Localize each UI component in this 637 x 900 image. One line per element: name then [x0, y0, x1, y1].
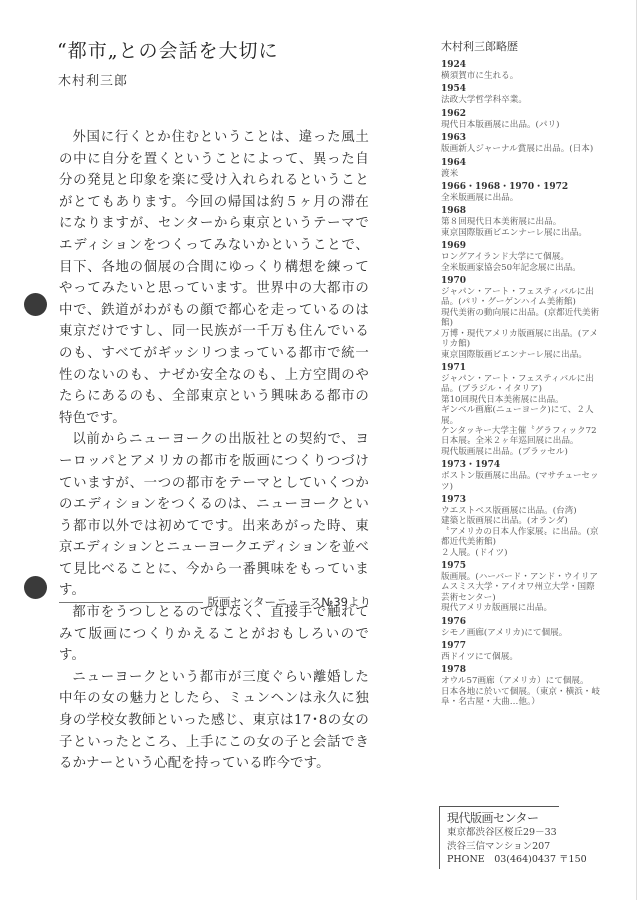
- biography-entry: 1969ロングアイランド大学にて個展。 全米版画家協会50年記念展に出品。: [441, 241, 601, 273]
- biography-text: 第８回現代日本美術展に出品。 東京国際版画ビエンナーレ展に出品。: [441, 217, 601, 238]
- biography-entry: 1963版画新人ジャーナル賞展に出品。(日本): [441, 133, 601, 154]
- biography-text: 全米版画展に出品。: [441, 193, 601, 203]
- document-page: “都市„との会話を大切に 木村利三郎 外国に行くとか住むということは、違った風土…: [0, 0, 637, 900]
- biography-list: 1924横須賀市に生れる。1954法政大学哲学科卒業。1962現代日本版画展に出…: [441, 60, 601, 708]
- biography-entry: 1978オウル57画廊（アメリカ）にて個展。 日本各地に於いて個展。（東京・横浜…: [441, 665, 601, 707]
- biography-text: ウエストベス版画展に出品。(台湾) 建築と版画展に出品。(オランダ) 〝アメリカ…: [441, 506, 601, 558]
- biography-entry: 1954法政大学哲学科卒業。: [441, 84, 601, 105]
- contact-phone: PHONE 03(464)0437 〒150: [447, 853, 559, 867]
- biography-text: ジャパン・アート・フェスティバルに出品。(ブラジル・イタリア) 第10回現代日本…: [441, 374, 601, 457]
- biography-year: 1924: [441, 60, 601, 71]
- biography-year: 1977: [441, 641, 601, 652]
- biography-text: オウル57画廊（アメリカ）にて個展。 日本各地に於いて個展。（東京・横浜・岐阜・…: [441, 676, 601, 707]
- source-label: 版画センターニュース№39より: [207, 594, 371, 610]
- biography-year: 1976: [441, 617, 601, 628]
- biography-entry: 1976シモノ画廊(アメリカ)にて個展。: [441, 617, 601, 638]
- biography-year: 1963: [441, 133, 601, 144]
- biography-entry: 1973ウエストベス版画展に出品。(台湾) 建築と版画展に出品。(オランダ) 〝…: [441, 495, 601, 558]
- biography-text: 渡米: [441, 169, 601, 179]
- biography-year: 1962: [441, 109, 601, 120]
- biography-text: 横須賀市に生れる。: [441, 71, 601, 81]
- biography-text: ジャパン・アート・フェスティバルに出品。(パリ・グーゲンハイム美術館) 現代美術…: [441, 287, 601, 360]
- contact-box: 現代版画センター 東京都渋谷区桜丘29－33 渋谷三信マンション207 PHON…: [439, 806, 559, 869]
- biography-year: 1954: [441, 84, 601, 95]
- biography-text: 版画展。(ハーバード・アンド・ウイリアムスミス大学・アイオワ州立大学・国際芸術セ…: [441, 572, 601, 614]
- biography-year: 1975: [441, 561, 601, 572]
- contact-address-line1: 東京都渋谷区桜丘29－33: [447, 826, 559, 840]
- biography-text: ボストン版画展に出品。(マサチューセッツ): [441, 471, 601, 492]
- biography-year: 1964: [441, 158, 601, 169]
- biography-year: 1973・1974: [441, 460, 601, 471]
- contact-address-line2: 渋谷三信マンション207: [447, 840, 559, 854]
- punch-hole-icon: [24, 293, 47, 316]
- biography-year: 1966・1968・1970・1972: [441, 182, 601, 193]
- biography-entry: 1962現代日本版画展に出品。(パリ): [441, 109, 601, 130]
- article-paragraph: 外国に行くとか住むということは、違った風土の中に自分を置くということによって、異…: [59, 127, 369, 429]
- biography-entry: 1968第８回現代日本美術展に出品。 東京国際版画ビエンナーレ展に出品。: [441, 206, 601, 238]
- biography-year: 1969: [441, 241, 601, 252]
- article-paragraph: ニューヨークという都市が三度ぐらい離婚した中年の女の魅力としたら、ミュンヘンは永…: [59, 667, 369, 775]
- biography-year: 1971: [441, 363, 601, 374]
- biography-title: 木村利三郎略歴: [441, 38, 601, 54]
- article-author: 木村利三郎: [58, 70, 128, 89]
- biography-text: 法政大学哲学科卒業。: [441, 95, 601, 105]
- punch-hole-icon: [24, 576, 47, 599]
- article-paragraph: 以前からニューヨークの出版社との契約で、ヨーロッパとアメリカの都市を版画につくり…: [59, 429, 369, 602]
- article-source: 版画センターニュース№39より: [59, 594, 371, 610]
- biography-entry: 1971ジャパン・アート・フェスティバルに出品。(ブラジル・イタリア) 第10回…: [441, 363, 601, 457]
- biography-entry: 1977西ドイツにて個展。: [441, 641, 601, 662]
- biography-column: 木村利三郎略歴 1924横須賀市に生れる。1954法政大学哲学科卒業。1962現…: [441, 38, 601, 711]
- biography-text: ロングアイランド大学にて個展。 全米版画家協会50年記念展に出品。: [441, 252, 601, 273]
- contact-organization: 現代版画センター: [447, 811, 559, 826]
- article-title: “都市„との会話を大切に: [57, 36, 279, 63]
- biography-text: 版画新人ジャーナル賞展に出品。(日本): [441, 144, 601, 154]
- biography-entry: 1973・1974ボストン版画展に出品。(マサチューセッツ): [441, 460, 601, 492]
- source-divider: [59, 602, 203, 603]
- biography-year: 1968: [441, 206, 601, 217]
- article-paragraph: 都市をうつしとるのではなく、直接手で触れてみて版画につくりかえることがおもしろい…: [59, 602, 369, 667]
- biography-entry: 1970ジャパン・アート・フェスティバルに出品。(パリ・グーゲンハイム美術館) …: [441, 276, 601, 360]
- article-body: 外国に行くとか住むということは、違った風土の中に自分を置くということによって、異…: [59, 127, 369, 775]
- biography-year: 1970: [441, 276, 601, 287]
- biography-year: 1973: [441, 495, 601, 506]
- biography-text: シモノ画廊(アメリカ)にて個展。: [441, 628, 601, 638]
- biography-text: 現代日本版画展に出品。(パリ): [441, 120, 601, 130]
- biography-text: 西ドイツにて個展。: [441, 652, 601, 662]
- biography-entry: 1975版画展。(ハーバード・アンド・ウイリアムスミス大学・アイオワ州立大学・国…: [441, 561, 601, 614]
- biography-entry: 1924横須賀市に生れる。: [441, 60, 601, 81]
- biography-entry: 1964渡米: [441, 158, 601, 179]
- biography-entry: 1966・1968・1970・1972全米版画展に出品。: [441, 182, 601, 203]
- biography-year: 1978: [441, 665, 601, 676]
